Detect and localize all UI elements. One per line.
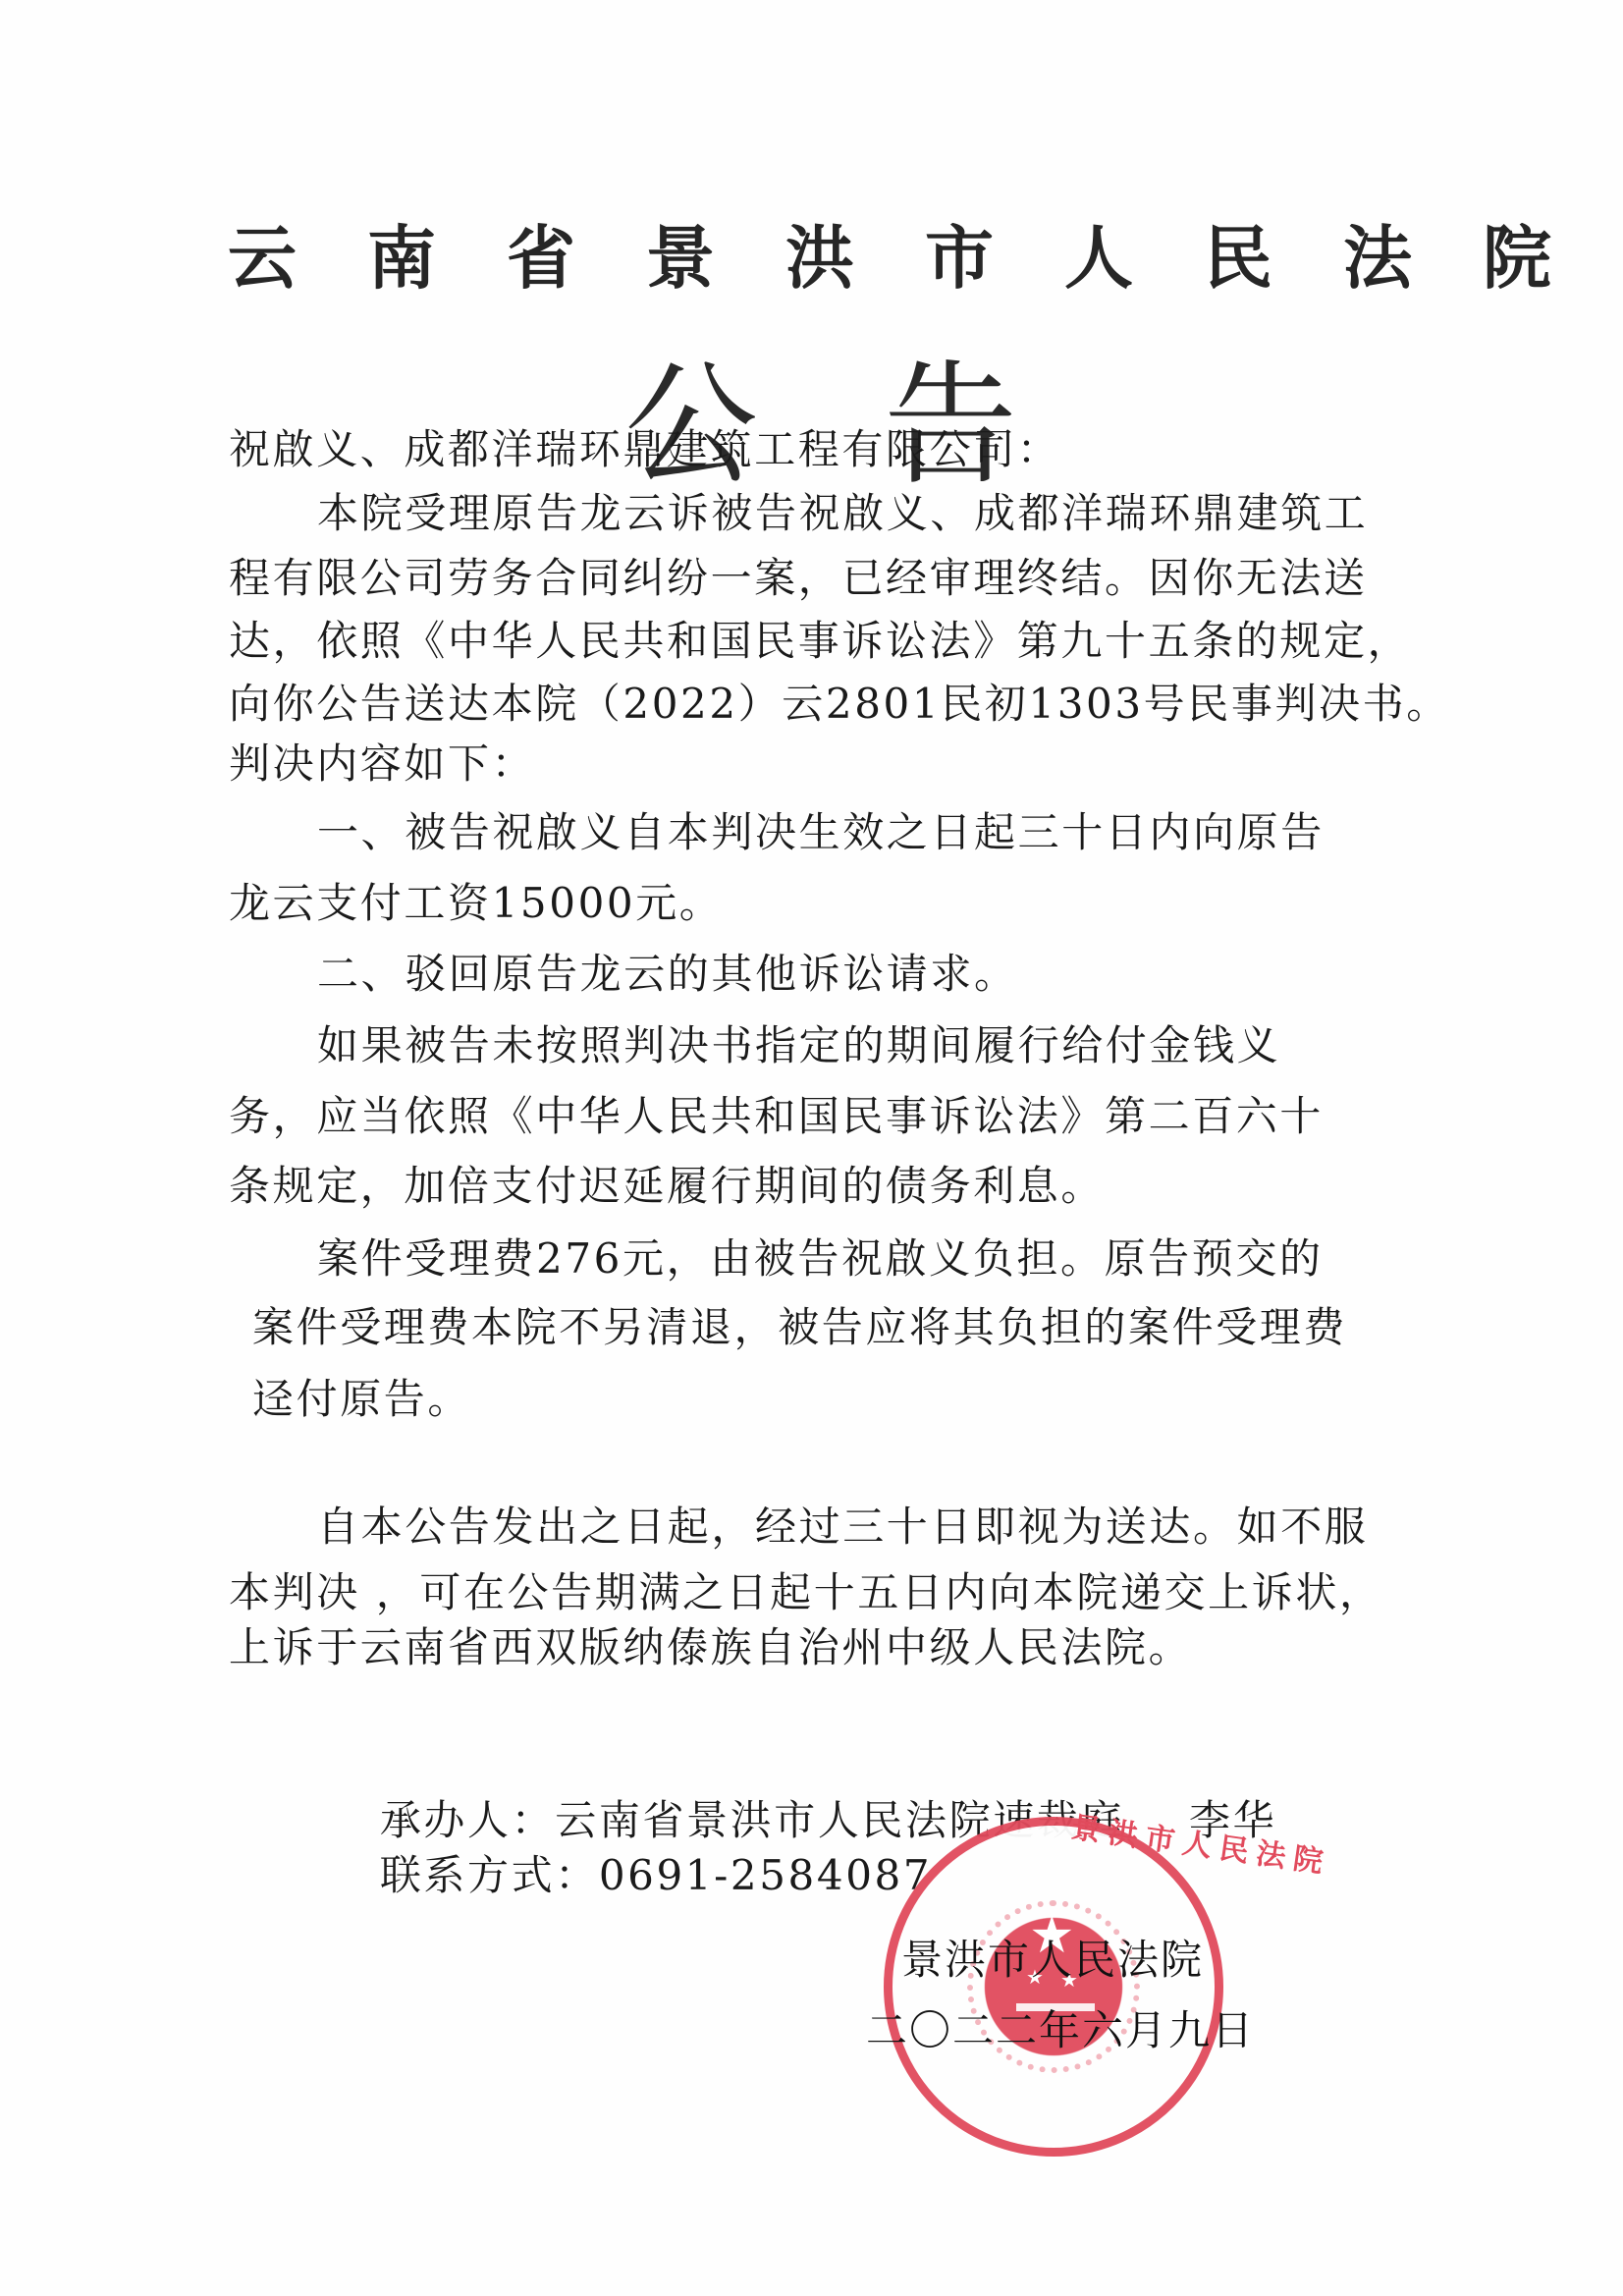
- service-line-3: 上诉于云南省西双版纳傣族自治州中级人民法院。: [229, 1627, 1192, 1668]
- paragraph-line-2: 程有限公司劳务合同纠纷一案，已经审理终结。因你无法送: [229, 558, 1368, 599]
- enforcement-line-1: 如果被告未按照判决书指定的期间履行给付金钱义: [317, 1025, 1280, 1066]
- signature-court: 景洪市人民法院: [901, 1940, 1204, 1981]
- fee-line-1: 案件受理费276元，由被告祝啟义负担。原告预交的: [317, 1238, 1324, 1280]
- contact-line: 联系方式：0691-2584087: [317, 1814, 932, 1938]
- judgment-item-1-cont: 龙云支付工资15000元。: [229, 883, 723, 924]
- paragraph-line-3: 达，依照《中华人民共和国民事诉讼法》第九十五条的规定，: [229, 621, 1411, 662]
- enforcement-line-2: 务，应当依照《中华人民共和国民事诉讼法》第二百六十: [229, 1096, 1324, 1137]
- phone-number: 0691-2584087: [599, 1851, 932, 1899]
- signature-date: 二〇二二年六月九日: [866, 2010, 1255, 2051]
- enforcement-line-3: 条规定，加倍支付迟延履行期间的债务利息。: [229, 1166, 1105, 1207]
- fee-line-2: 案件受理费本院不另清退，被告应将其负担的案件受理费: [252, 1307, 1347, 1348]
- service-line-2: 本判决 ，可在公告期满之日起十五日内向本院递交上诉状，: [229, 1572, 1383, 1613]
- paragraph-line-5: 判决内容如下：: [229, 743, 535, 785]
- judgment-item-2: 二、驳回原告龙云的其他诉讼请求。: [317, 954, 1018, 995]
- paragraph-line-4: 向你公告送达本院（2022）云2801民初1303号民事判决书。: [229, 683, 1450, 725]
- court-name-heading: 云南省景洪市人民法院: [228, 224, 1622, 293]
- document-page: 云南省景洪市人民法院 公告 祝啟义、成都洋瑞环鼎建筑工程有限公司： 本院受理原告…: [0, 0, 1623, 2296]
- phone-label: 联系方式：: [380, 1851, 599, 1899]
- judgment-item-1: 一、被告祝啟义自本判决生效之日起三十日内向原告: [317, 812, 1325, 853]
- service-line-1: 自本公告发出之日起，经过三十日即视为送达。如不服: [317, 1506, 1368, 1548]
- paragraph-line-1: 本院受理原告龙云诉被告祝啟义、成都洋瑞环鼎建筑工: [317, 493, 1368, 534]
- fee-line-3: 迳付原告。: [252, 1379, 471, 1420]
- addressee: 祝啟义、成都洋瑞环鼎建筑工程有限公司：: [229, 429, 1060, 470]
